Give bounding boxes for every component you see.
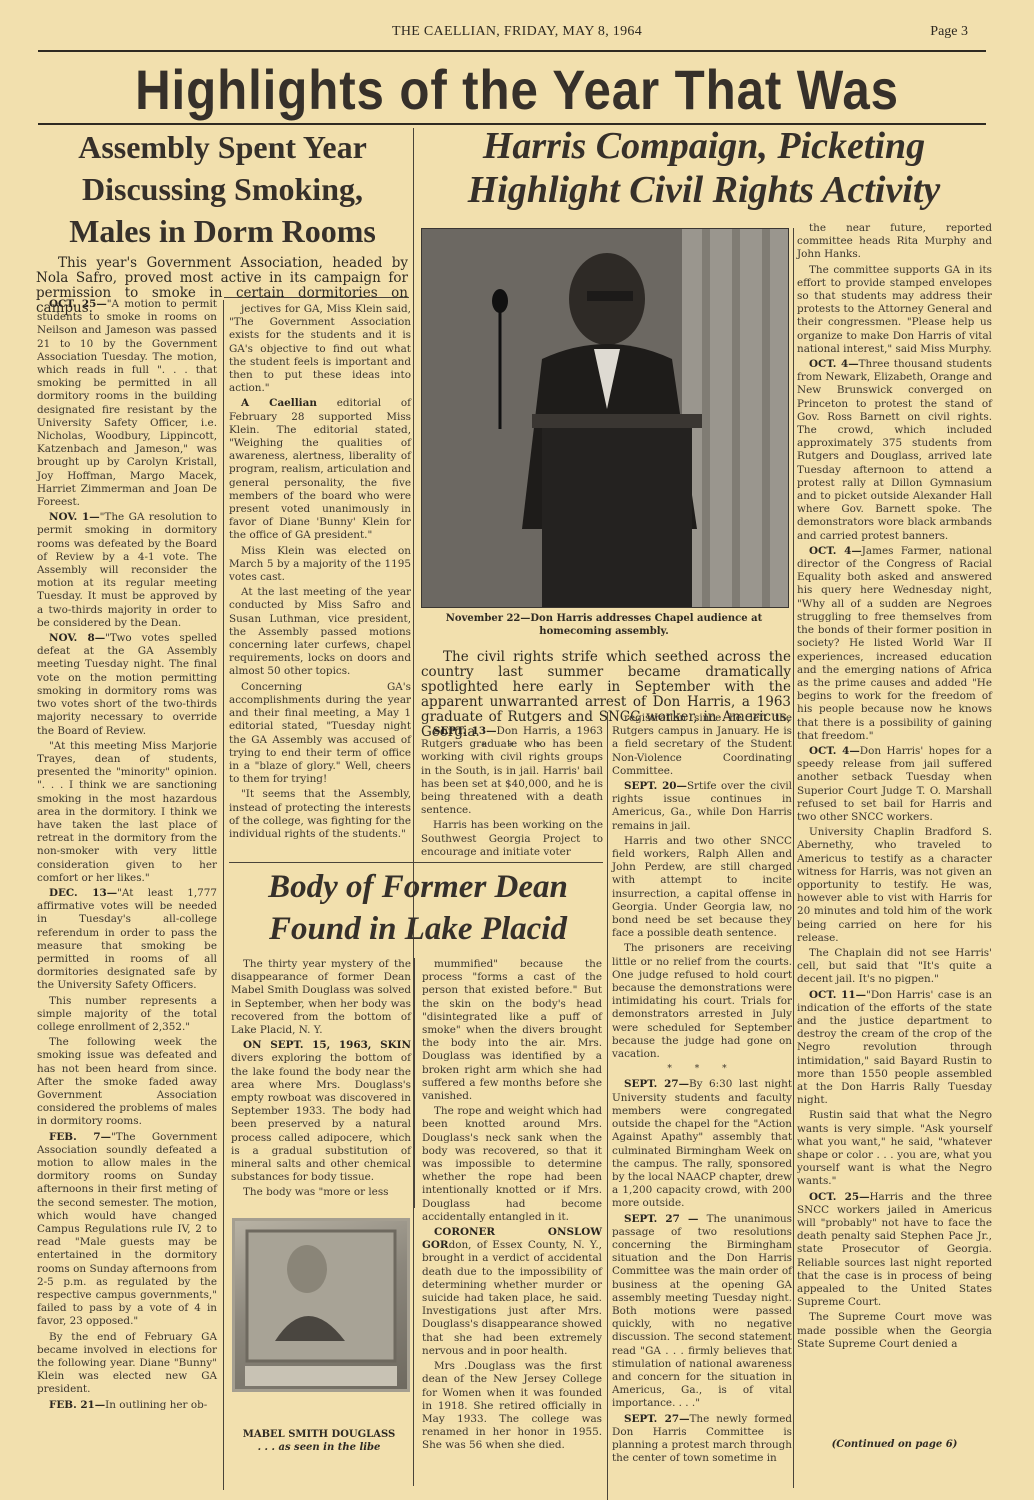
assembly-headline-line-1: Assembly Spent Year [30, 126, 415, 168]
column-divider-main [413, 128, 414, 1486]
dean-top-rule [229, 862, 603, 863]
paragraph: registration since he left the Rutgers c… [612, 712, 792, 778]
paragraph-text: "The Government Association soundly defe… [37, 1131, 217, 1328]
paragraph-text: The body was "more or less [243, 1186, 389, 1198]
portrait-illustration [235, 1221, 407, 1389]
paragraph-text: The Supreme Court move was made possible… [797, 1311, 992, 1349]
column-divider-left [223, 300, 224, 1490]
paragraph-text: "At this meeting Miss Marjorie Trayes, d… [37, 740, 217, 884]
paragraph-text: Mrs .Douglass was the first dean of the … [422, 1360, 602, 1451]
paragraph-text: divers exploring the bottom of the lake … [231, 1052, 411, 1183]
assembly-column-2: jectives for GA, Miss Klein said, "The G… [229, 303, 411, 843]
paragraph: University Chaplin Bradford S. Abernethy… [797, 826, 992, 945]
paragraph-text: "It seems that the Assembly, instead of … [229, 788, 411, 840]
paragraph: Miss Klein was elected on March 5 by a m… [229, 545, 411, 585]
dateline: SEPT. 27 — [624, 1213, 707, 1225]
paragraph-text: editorial of February 28 supported Miss … [229, 397, 411, 541]
dateline: FEB. 7— [49, 1131, 111, 1143]
paragraph-text: Miss Klein was elected on March 5 by a m… [229, 545, 411, 583]
page-banner-headline: Highlights of the Year That Was [62, 56, 972, 124]
paragraph: Harris has been working on the Southwest… [421, 819, 603, 859]
masthead-rule [38, 50, 986, 52]
paragraph: The thirty year mystery of the disappear… [231, 958, 411, 1037]
dateline: SEPT. 27— [624, 1078, 689, 1090]
paragraph-text: "Two votes spelled defeat at the GA Asse… [37, 632, 217, 736]
paragraph: By the end of February GA became involve… [37, 1331, 217, 1397]
civil-rights-column-3: the near future, reported committee head… [797, 222, 992, 1353]
paragraph: OCT. 25—Harris and the three SNCC worker… [797, 1191, 992, 1310]
paragraph: FEB. 21—In outlining her ob- [37, 1399, 217, 1412]
speaker-at-podium-illustration [422, 229, 788, 607]
paragraph: Harris and two other SNCC field workers,… [612, 835, 792, 941]
paragraph-text: registration since he left the Rutgers c… [612, 712, 792, 777]
dean-column-1: The thirty year mystery of the disappear… [231, 958, 411, 1202]
dateline: SEPT. 13— [433, 725, 497, 737]
civil-rights-headline-line-1: Harris Compaign, Picketing [414, 124, 994, 168]
paragraph-text: "A motion to permit students to smoke in… [37, 298, 217, 508]
paragraph: SEPT. 20—Srtife over the civil rights is… [612, 780, 792, 833]
paragraph: mummified" because the process "forms a … [422, 958, 602, 1103]
dateline: SEPT. 27— [624, 1413, 689, 1425]
dateline: NOV. 1— [49, 511, 100, 523]
paragraph-text: This number represents a simple majority… [37, 995, 217, 1033]
assembly-headline-line-2: Discussing Smoking, [30, 168, 415, 210]
paragraph: NOV. 8—"Two votes spelled defeat at the … [37, 632, 217, 738]
paragraph-text: Harris and two other SNCC field workers,… [612, 835, 792, 939]
paragraph: OCT. 11—"Don Harris' case is an indicati… [797, 989, 992, 1108]
paragraph: The committee supports GA in its effort … [797, 264, 992, 356]
dateline: FEB. 21— [49, 1399, 105, 1411]
douglass-caption: MABEL SMITH DOUGLASS . . . as seen in th… [230, 1428, 408, 1454]
civil-rights-headline: Harris Compaign, Picketing Highlight Civ… [414, 124, 994, 212]
masthead: THE CAELLIAN, FRIDAY, MAY 8, 1964 Page 3 [0, 24, 1034, 44]
paragraph: "It seems that the Assembly, instead of … [229, 788, 411, 841]
paragraph-text: don, of Essex County, N. Y., brought in … [422, 1239, 602, 1357]
paragraph: SEPT. 27—By 6:30 last night University s… [612, 1078, 792, 1210]
masthead-title: THE CAELLIAN, FRIDAY, MAY 8, 1964 [0, 24, 1034, 40]
paragraph: SEPT. 27 — The unanimous passage of two … [612, 1213, 792, 1411]
paragraph: Mrs .Douglass was the first dean of the … [422, 1360, 602, 1452]
assembly-headline: Assembly Spent Year Discussing Smoking, … [30, 126, 415, 252]
paragraph-text: At the last meeting of the year conducte… [229, 586, 411, 677]
continued-on-page-6[interactable]: (Continued on page 6) [797, 1438, 992, 1451]
paragraph-text: The prisoners are receiving little or no… [612, 942, 792, 1060]
don-harris-photo [421, 228, 789, 608]
paragraph: SEPT. 27—The newly formed Don Harris Com… [612, 1413, 792, 1466]
dateline: OCT. 25— [49, 298, 107, 310]
paragraph: A Caellian editorial of February 28 supp… [229, 397, 411, 542]
dateline: OCT. 4— [809, 545, 862, 557]
section-separator-stars: * * * [612, 1063, 792, 1076]
douglass-caption-sub: . . . as seen in the libe [230, 1441, 408, 1454]
paragraph-text: By the end of February GA became involve… [37, 1331, 217, 1396]
paragraph-text: Concerning GA's accomplishments during t… [229, 681, 411, 785]
paragraph: Concerning GA's accomplishments during t… [229, 681, 411, 787]
paragraph: DEC. 13—"At least 1,777 affirmative vote… [37, 887, 217, 993]
dean-column-2: mummified" because the process "forms a … [422, 958, 602, 1455]
column-divider-right [793, 228, 794, 1488]
paragraph-text: The Chaplain did not see Harris' cell, b… [797, 947, 992, 985]
paragraph-text: Harris and the three SNCC workers jailed… [797, 1191, 992, 1309]
paragraph: the near future, reported committee head… [797, 222, 992, 262]
column-divider-right-mid [607, 712, 608, 1500]
paragraph: NOV. 1—"The GA resolution to permit smok… [37, 511, 217, 630]
harris-photo-caption: November 22—Don Harris addresses Chapel … [421, 612, 787, 638]
dean-headline-line-2: Found in Lake Placid [229, 908, 607, 950]
paragraph-text: The following week the smoking issue was… [37, 1036, 217, 1127]
paragraph: The body was "more or less [231, 1186, 411, 1199]
dateline: OCT. 4— [809, 358, 859, 370]
paragraph-text: The committee supports GA in its effort … [797, 264, 992, 355]
dateline: OCT. 11— [809, 989, 866, 1001]
assembly-column-1: OCT. 25—"A motion to permit students to … [37, 298, 217, 1414]
paragraph: ON SEPT. 15, 1963, SKIN divers exploring… [231, 1039, 411, 1184]
assembly-headline-line-3: Males in Dorm Rooms [30, 210, 415, 252]
dean-column-divider [414, 958, 415, 1208]
paragraph-text: jectives for GA, Miss Klein said, "The G… [229, 303, 411, 394]
paragraph-text: "At least 1,777 affirmative votes will b… [37, 887, 217, 991]
paragraph: This number represents a simple majority… [37, 995, 217, 1035]
paragraph: The rope and weight which had been knott… [422, 1105, 602, 1224]
dateline: DEC. 13— [49, 887, 117, 899]
dateline: OCT. 25— [809, 1191, 869, 1203]
civil-rights-column-1: SEPT. 13—Don Harris, a 1963 Rutgers grad… [421, 725, 603, 861]
paragraph: The prisoners are receiving little or no… [612, 942, 792, 1061]
dateline: SEPT. 20— [624, 780, 687, 792]
paragraph: CORONER ONSLOW GORdon, of Essex County, … [422, 1226, 602, 1358]
dateline: ON SEPT. 15, 1963, SKIN [243, 1039, 411, 1051]
paragraph-text: The rope and weight which had been knott… [422, 1105, 602, 1223]
paragraph: OCT. 4—James Farmer, national director o… [797, 545, 992, 743]
dateline: OCT. 4— [809, 745, 860, 757]
paragraph: The Chaplain did not see Harris' cell, b… [797, 947, 992, 987]
paragraph: OCT. 25—"A motion to permit students to … [37, 298, 217, 509]
paragraph: At the last meeting of the year conducte… [229, 586, 411, 678]
paragraph: Rustin said that what the Negro wants is… [797, 1109, 992, 1188]
dean-headline: Body of Former Dean Found in Lake Placid [229, 866, 607, 950]
dateline: NOV. 8— [49, 632, 105, 644]
paragraph: jectives for GA, Miss Klein said, "The G… [229, 303, 411, 395]
civil-rights-headline-line-2: Highlight Civil Rights Activity [414, 168, 994, 212]
paragraph: The following week the smoking issue was… [37, 1036, 217, 1128]
paragraph: "At this meeting Miss Marjorie Trayes, d… [37, 740, 217, 885]
paragraph-text: Don Harris, a 1963 Rutgers graduate who … [421, 725, 603, 816]
paragraph-text: The thirty year mystery of the disappear… [231, 958, 411, 1036]
paragraph-text: the near future, reported committee head… [797, 222, 992, 260]
paragraph-text: Harris has been working on the Southwest… [421, 819, 603, 857]
paragraph: OCT. 4—Three thousand students from Newa… [797, 358, 992, 543]
paragraph-text: "The GA resolution to permit smoking in … [37, 511, 217, 629]
paragraph-text: mummified" because the process "forms a … [422, 958, 602, 1102]
paragraph-text: Three thousand students from Newark, Eli… [797, 358, 992, 542]
paragraph: SEPT. 13—Don Harris, a 1963 Rutgers grad… [421, 725, 603, 817]
paragraph-text: In outlining her ob- [105, 1399, 207, 1411]
page-number: Page 3 [930, 24, 968, 40]
dean-headline-line-1: Body of Former Dean [229, 866, 607, 908]
paragraph-text: University Chaplin Bradford S. Abernethy… [797, 826, 992, 944]
paragraph: FEB. 7—"The Government Association sound… [37, 1131, 217, 1329]
douglass-caption-name: MABEL SMITH DOUGLASS [230, 1428, 408, 1441]
civil-rights-column-2: registration since he left the Rutgers c… [612, 712, 792, 1467]
mabel-douglass-portrait [232, 1218, 410, 1392]
paragraph: The Supreme Court move was made possible… [797, 1311, 992, 1351]
paragraph-text: The unanimous passage of two resolutions… [612, 1213, 792, 1410]
paragraph-text: By 6:30 last night University students a… [612, 1078, 792, 1209]
paragraph: OCT. 4—Don Harris' hopes for a speedy re… [797, 745, 992, 824]
paragraph-text: Rustin said that what the Negro wants is… [797, 1109, 992, 1187]
paragraph-text: "Don Harris' case is an indication of th… [797, 989, 992, 1107]
dateline: A Caellian [241, 397, 317, 409]
assembly-col2-top-rule [224, 297, 409, 298]
paragraph-text: James Farmer, national director of the C… [797, 545, 992, 742]
